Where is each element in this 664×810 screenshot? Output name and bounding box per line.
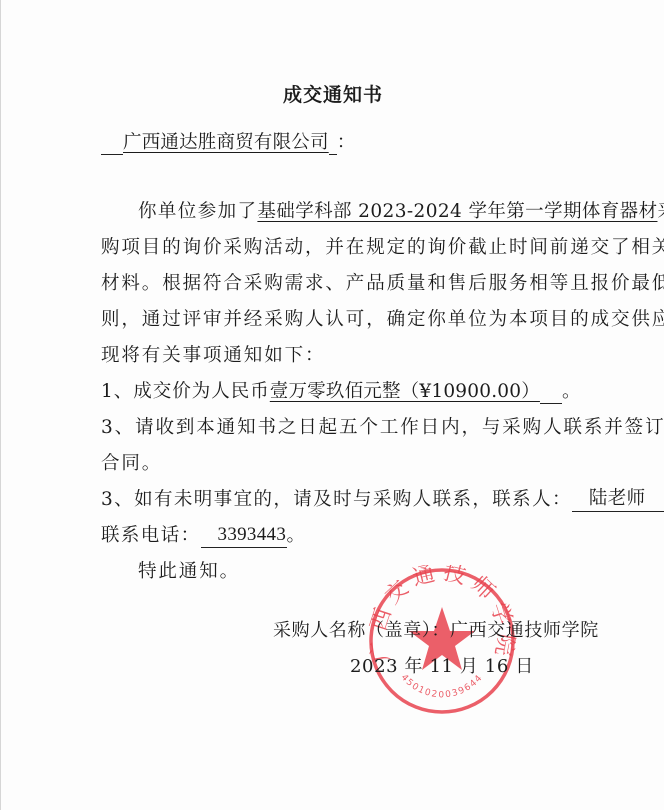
purchaser-name: 广西交通技师学院	[450, 620, 599, 641]
paragraph-line-4: 则，通过评审并经采购人认可，确定你单位为本项目的成交供应商，	[101, 308, 664, 332]
phone-suffix: 。	[287, 525, 307, 546]
paragraph-line-5: 现将有关事项通知如下：	[101, 344, 325, 368]
closing-line: 特此通知。	[138, 560, 240, 584]
project-name: 基础学科部 2023-2024 学年第一学期体育器材	[257, 201, 657, 222]
phone-label: 联系电话：	[101, 525, 201, 546]
document-page: 成交通知书 广西通达胜商贸有限公司： 你单位参加了基础学科部 2023-2024…	[0, 0, 664, 810]
paragraph-line-1: 你单位参加了基础学科部 2023-2024 学年第一学期体育器材采	[138, 200, 664, 224]
phone-number: 3393443	[218, 523, 287, 547]
document-title: 成交通知书	[1, 80, 664, 107]
paragraph-line-3: 材料。根据符合采购需求、产品质量和售后服务相等且报价最低的原	[101, 272, 664, 296]
item-2-line-1: 3、请收到本通知书之日起五个工作日内，与采购人联系并签订采购	[101, 416, 664, 440]
recipient-colon: ：	[337, 132, 357, 153]
item3-prefix: 3、如有未明事宜的，请及时与采购人联系，联系人：	[101, 489, 572, 510]
item-3-line-1: 3、如有未明事宜的，请及时与采购人联系，联系人：陆老师，	[101, 488, 664, 512]
purchaser-signature-line: 采购人名称（盖章）：广西交通技师学院	[273, 616, 599, 642]
issue-date: 2023 年 11 月 16 日	[350, 652, 534, 678]
recipient-blank-lead	[101, 132, 123, 155]
recipient-blank-trail	[329, 132, 337, 155]
para1-prefix: 你单位参加了	[138, 201, 257, 222]
item1-suffix: 。	[562, 381, 582, 402]
contact-person-field: 陆老师	[572, 489, 664, 512]
svg-text:广西交通技师学院: 广西交通技师学院	[366, 565, 518, 664]
contact-person: 陆老师	[589, 487, 646, 511]
recipient-name: 广西通达胜商贸有限公司	[123, 132, 329, 153]
purchaser-label: 采购人名称（盖章）：	[273, 620, 450, 641]
amount-blank-trail	[540, 381, 562, 404]
item-1: 1、成交价为人民币壹万零玖佰元整（¥10900.00）。	[101, 380, 581, 404]
phone-field: 3393443	[201, 525, 287, 548]
item-3-line-2: 联系电话：3393443。	[101, 524, 306, 548]
deal-amount: 壹万零玖佰元整（¥10900.00）	[270, 381, 540, 402]
item1-prefix: 1、成交价为人民币	[101, 381, 270, 402]
para1-tail: 采	[657, 201, 664, 222]
recipient-line: 广西通达胜商贸有限公司：	[101, 131, 357, 155]
item-2-line-2: 合同。	[101, 452, 162, 476]
paragraph-line-2: 购项目的询价采购活动，并在规定的询价截止时间前递交了相关报价	[101, 236, 664, 260]
